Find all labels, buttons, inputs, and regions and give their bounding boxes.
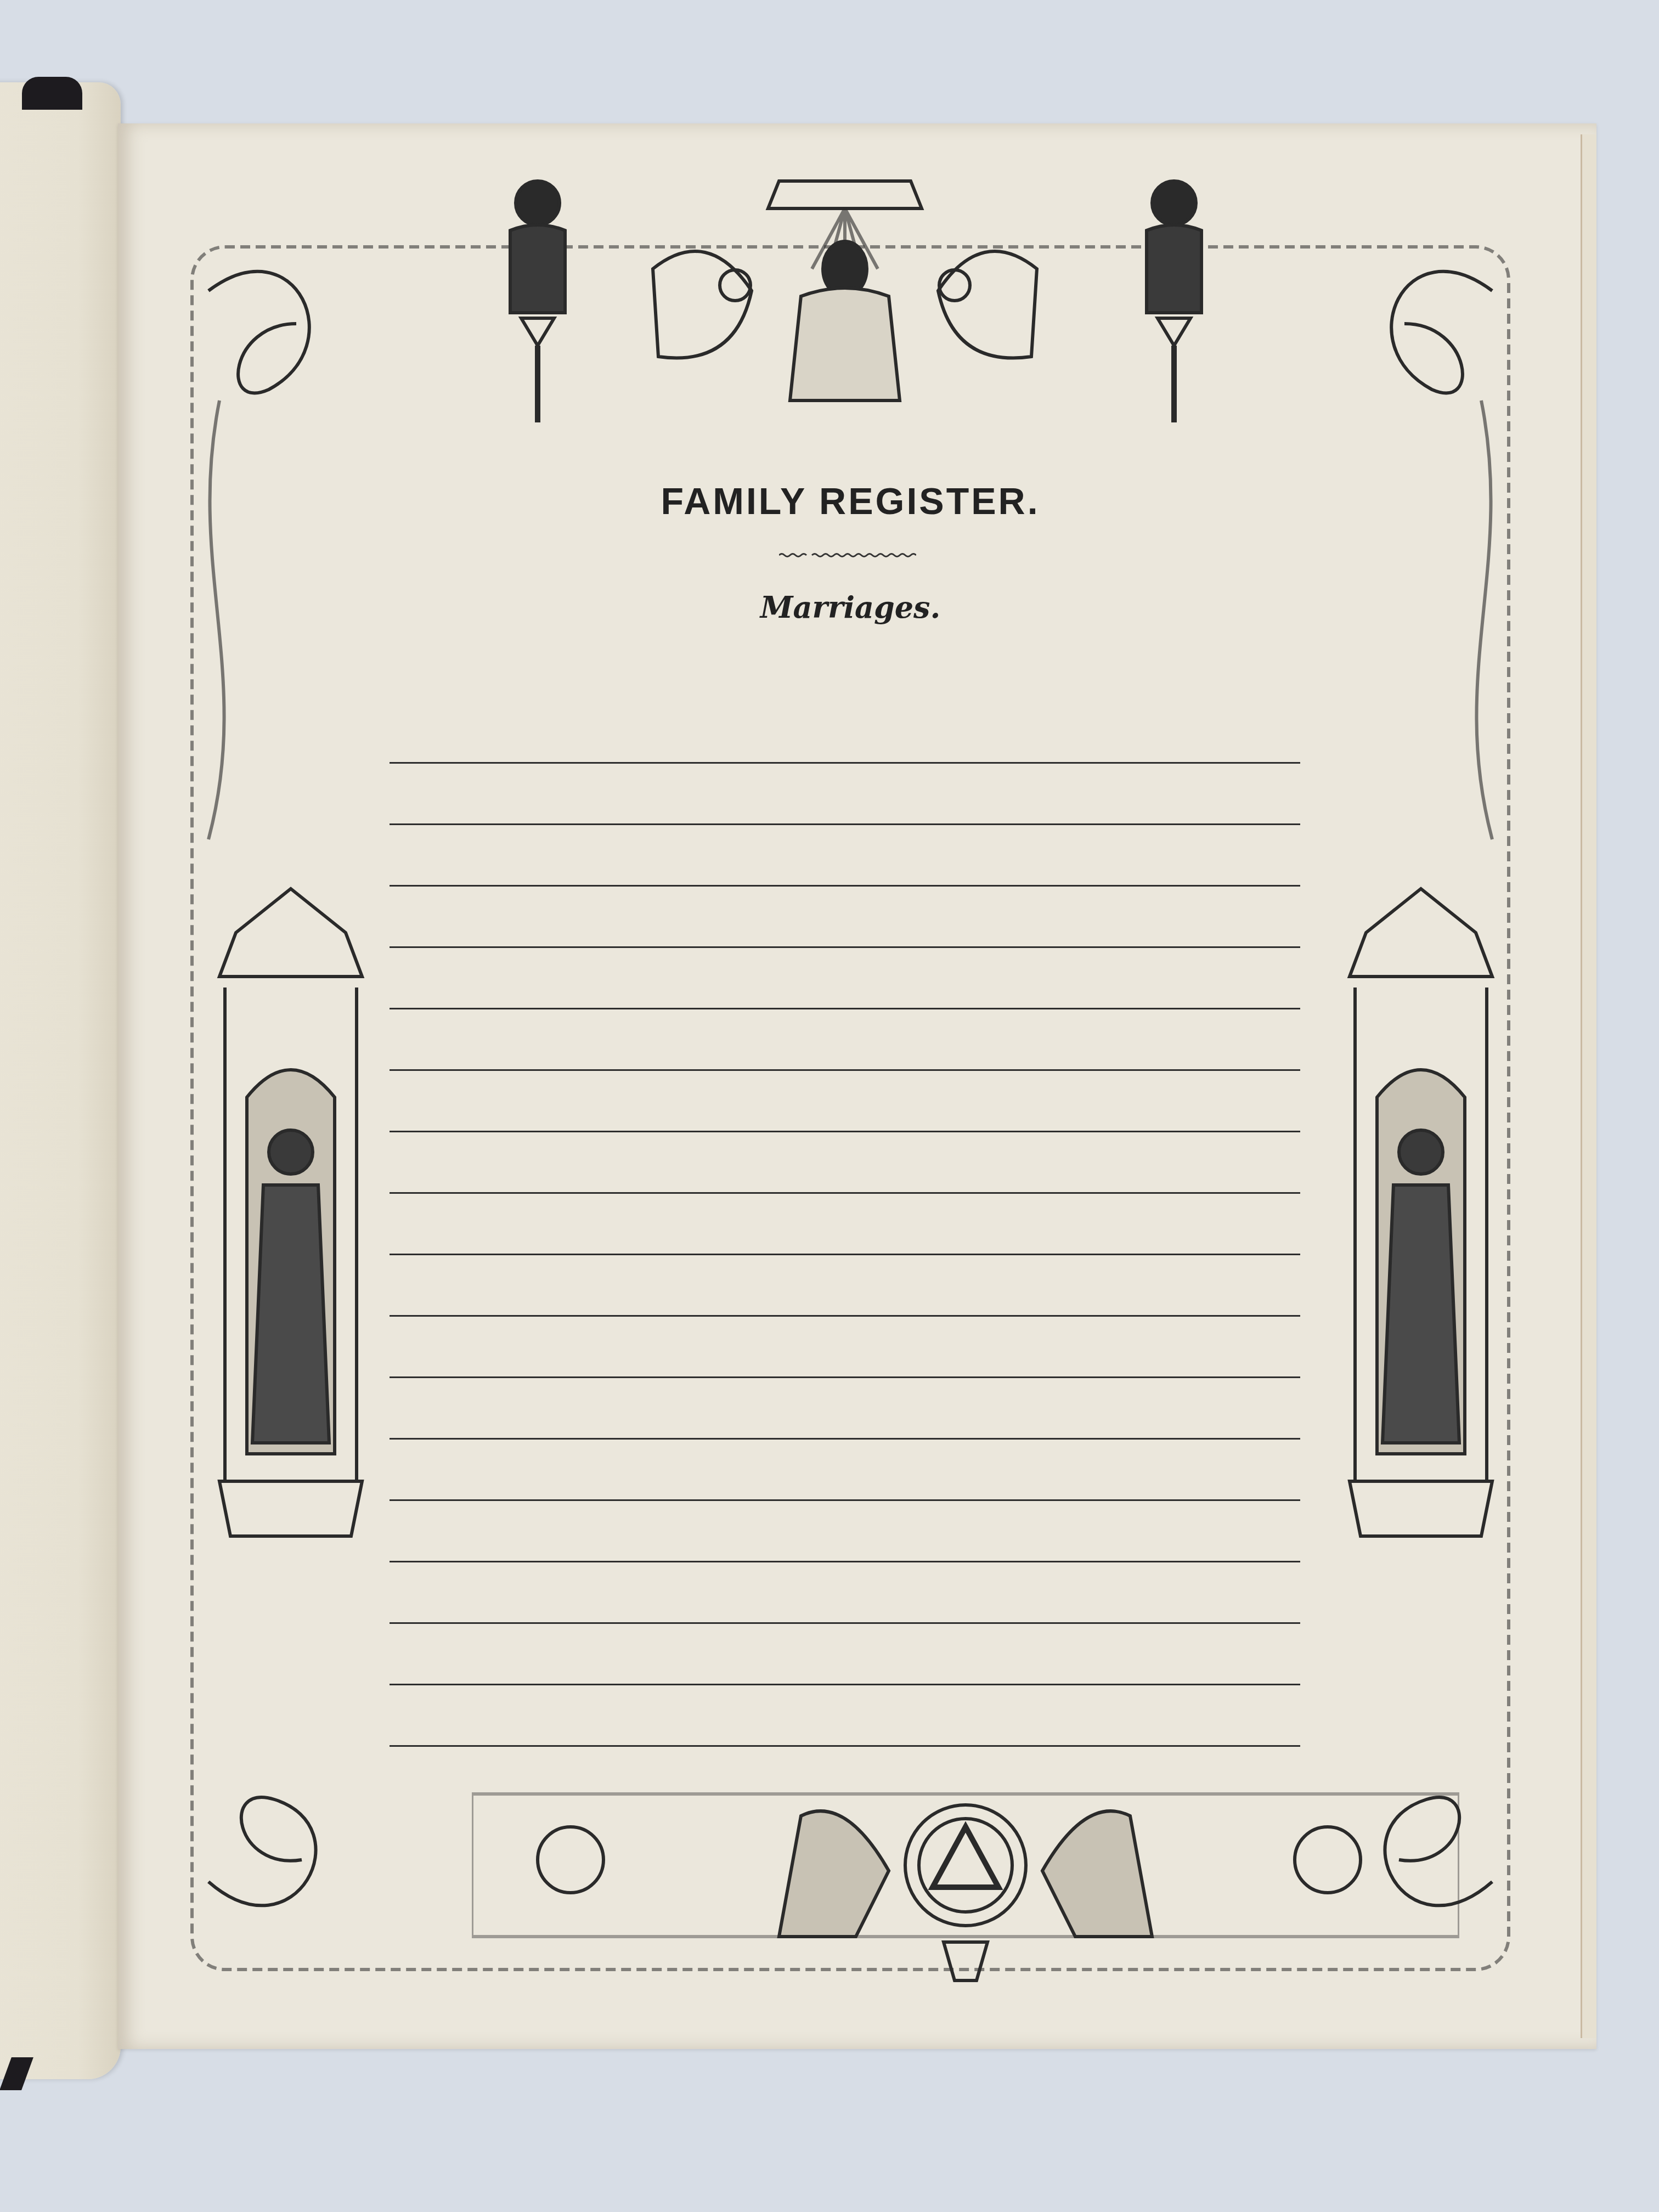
entry-line[interactable] (390, 887, 1300, 948)
section-heading: Marriages. (373, 590, 1328, 625)
left-page-edge (0, 82, 121, 2079)
entry-line[interactable] (390, 1562, 1300, 1624)
wavy-divider-icon (779, 551, 916, 559)
book-cover-corner (22, 77, 82, 110)
entry-line[interactable] (390, 1194, 1300, 1255)
king-pedestal-left-icon (483, 170, 592, 428)
entry-line[interactable] (390, 1501, 1300, 1562)
king-pedestal-right-icon (1119, 170, 1229, 428)
entry-line[interactable] (390, 1071, 1300, 1132)
entry-line[interactable] (390, 1624, 1300, 1685)
saint-niche-right-icon (1339, 878, 1503, 1591)
entry-lines (390, 702, 1300, 1747)
entry-line[interactable] (390, 1255, 1300, 1317)
page-title: FAMILY REGISTER. (373, 480, 1328, 523)
saint-niche-left-icon (208, 878, 373, 1591)
entry-line[interactable] (390, 702, 1300, 764)
entry-line[interactable] (390, 1378, 1300, 1440)
entry-line[interactable] (390, 1685, 1300, 1747)
entry-line[interactable] (390, 948, 1300, 1009)
entry-line[interactable] (390, 1132, 1300, 1194)
entry-line[interactable] (390, 825, 1300, 887)
entry-line[interactable] (390, 764, 1300, 825)
register-writing-area: FAMILY REGISTER. Marriages. (373, 433, 1328, 1761)
madonna-and-angels-icon (571, 159, 1119, 417)
entry-line[interactable] (390, 1317, 1300, 1378)
all-seeing-eye-medallion-icon (472, 1761, 1459, 1991)
entry-line[interactable] (390, 1009, 1300, 1071)
entry-line[interactable] (390, 1440, 1300, 1501)
